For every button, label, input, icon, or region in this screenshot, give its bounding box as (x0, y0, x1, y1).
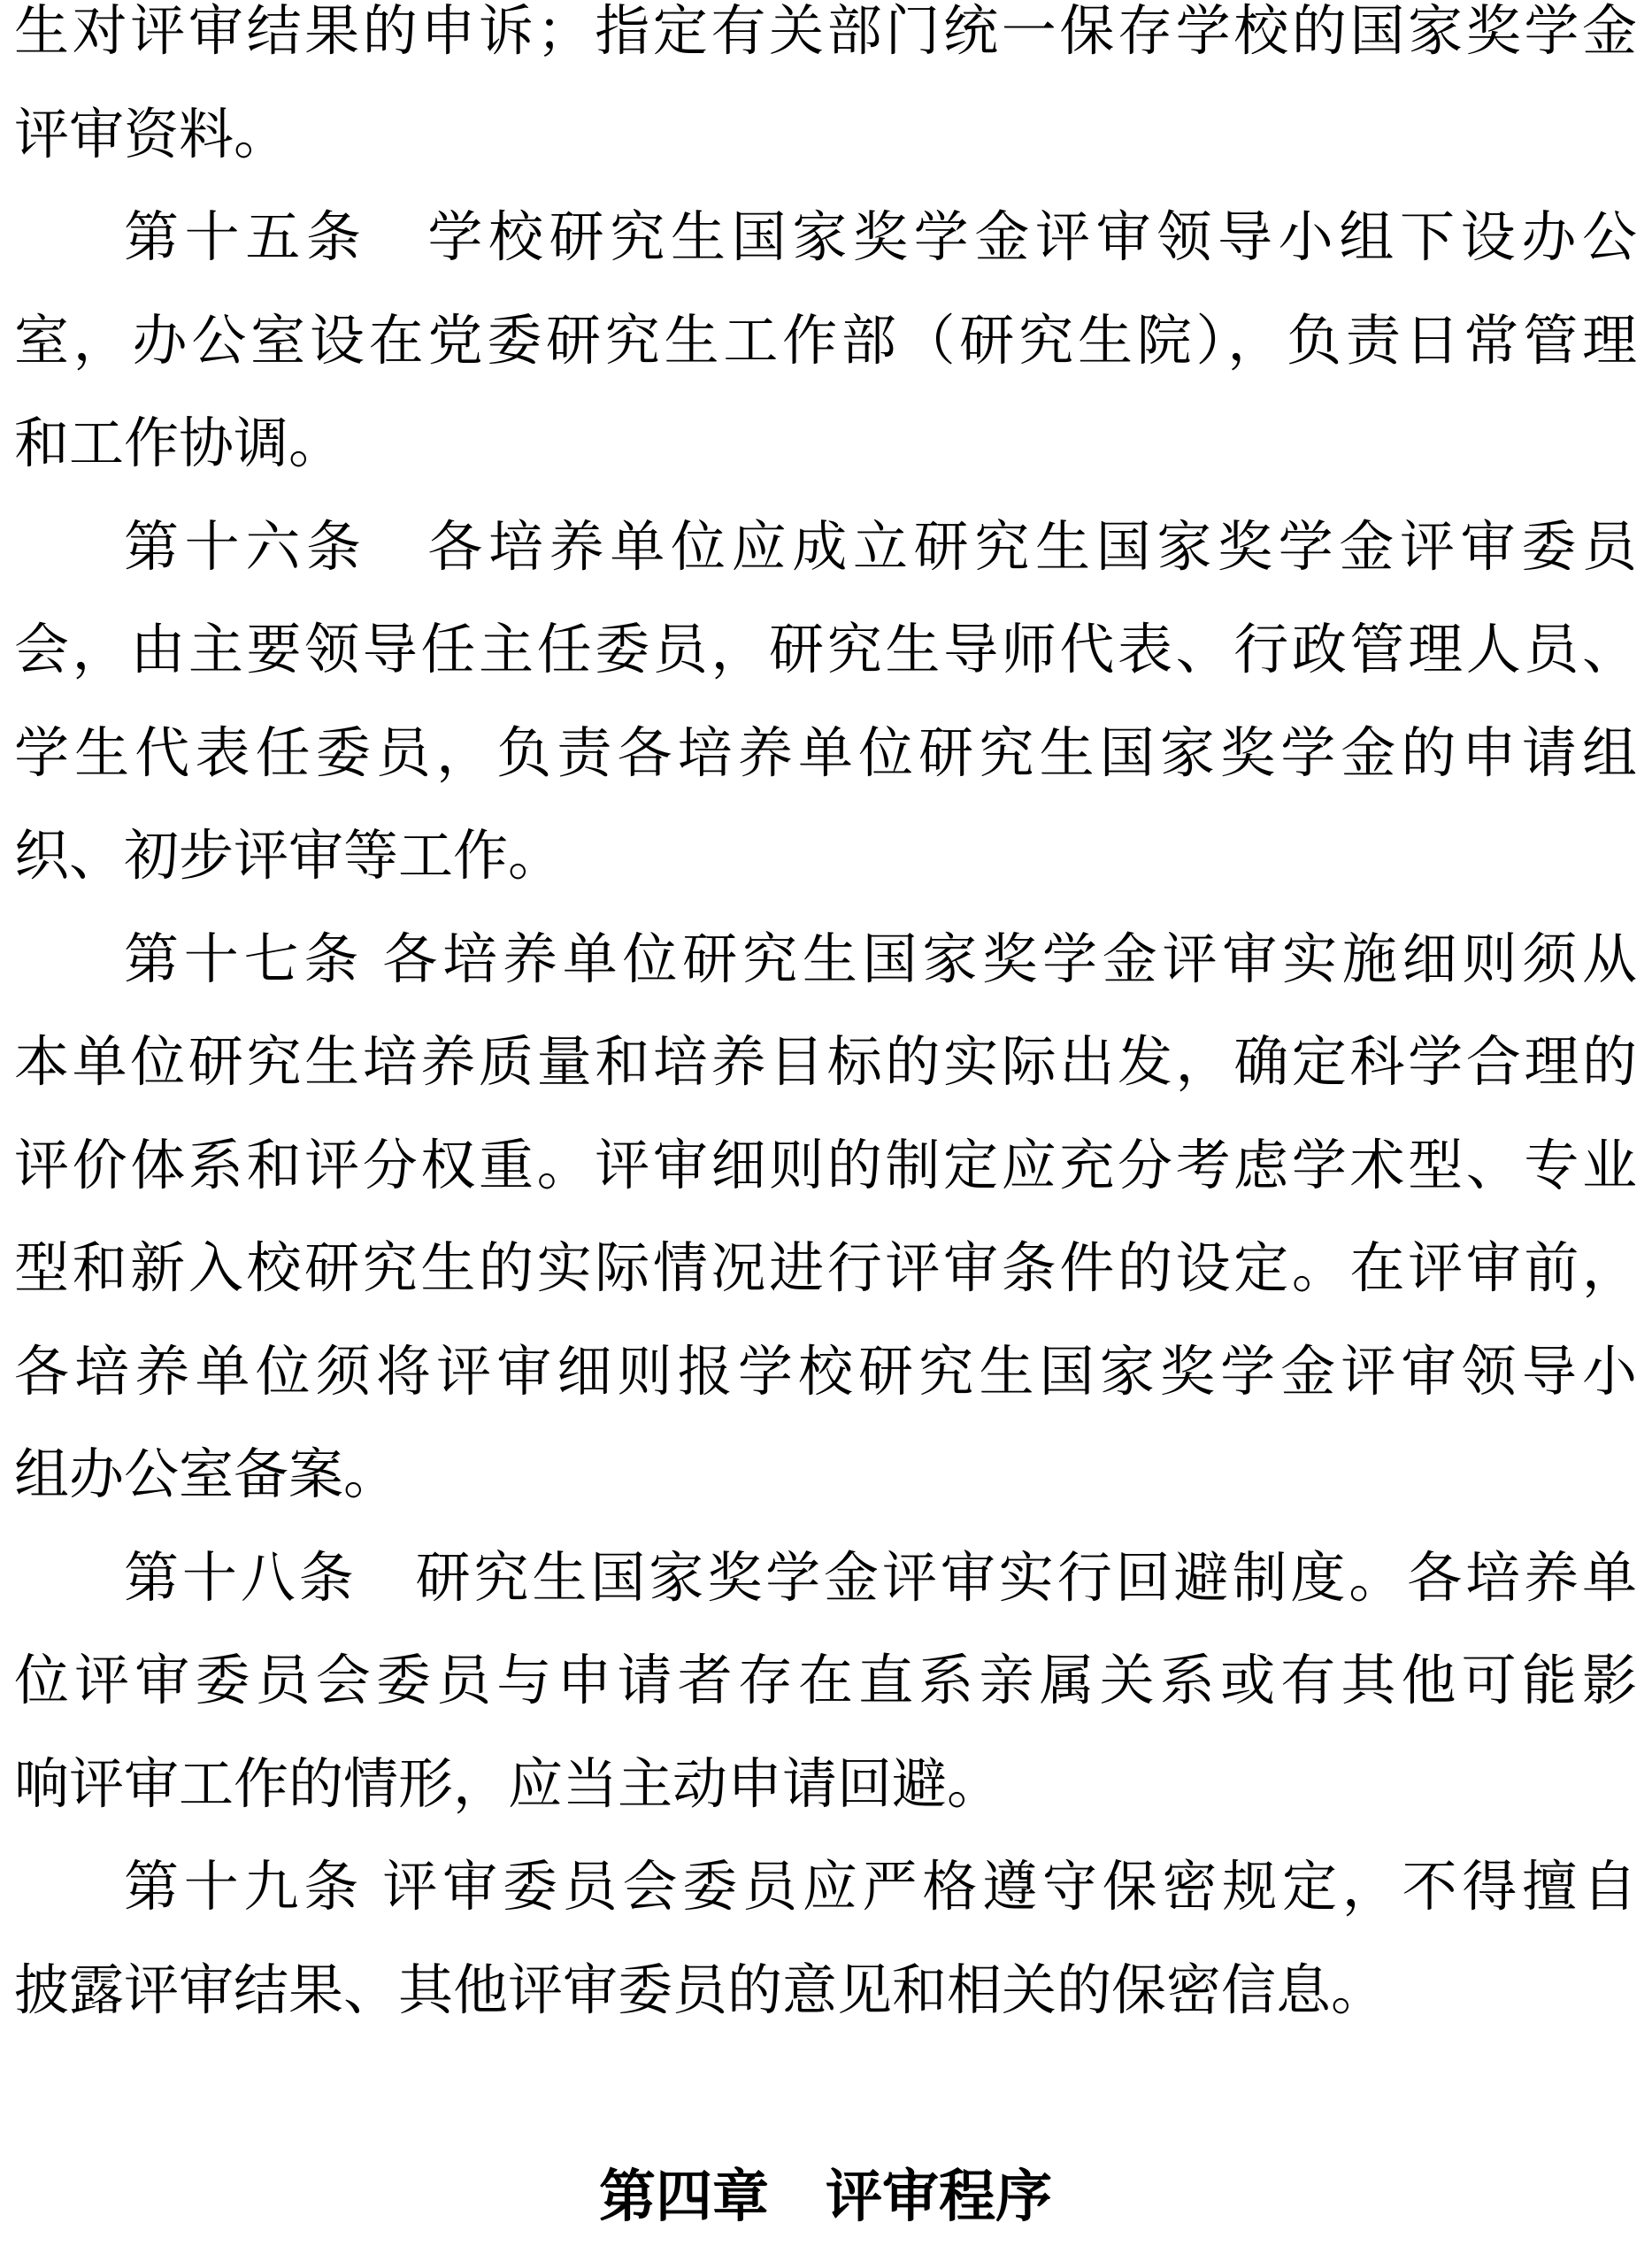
document-line: 响评审工作的情形，应当主动申请回避。 (14, 1734, 1637, 1837)
document-line: 第十六条 各培养单位应成立研究生国家奖学金评审委员 (14, 496, 1637, 600)
document-line: 和工作协调。 (14, 393, 1637, 496)
document-line: 第十五条 学校研究生国家奖学金评审领导小组下设办公 (14, 187, 1637, 290)
document-line: 第十七条 各培养单位研究生国家奖学金评审实施细则须从 (14, 909, 1637, 1012)
document-line: 学生代表任委员，负责各培养单位研究生国家奖学金的申请组 (14, 703, 1637, 806)
document-line: 本单位研究生培养质量和培养目标的实际出发，确定科学合理的 (14, 1011, 1637, 1115)
document-line: 生对评审结果的申诉；指定有关部门统一保存学校的国家奖学金 (14, 0, 1637, 84)
document-line: 位评审委员会委员与申请者存在直系亲属关系或有其他可能影 (14, 1630, 1637, 1734)
document-line: 织、初步评审等工作。 (14, 805, 1637, 909)
document-line: 第十八条 研究生国家奖学金评审实行回避制度。各培养单 (14, 1527, 1637, 1631)
document-line: 室，办公室设在党委研究生工作部（研究生院），负责日常管理 (14, 290, 1637, 394)
document-page: 生对评审结果的申诉；指定有关部门统一保存学校的国家奖学金评审资料。第十五条 学校… (0, 0, 1652, 2246)
document-line: 评审资料。 (14, 84, 1637, 188)
document-line: 型和新入校研究生的实际情况进行评审条件的设定。在评审前， (14, 1218, 1637, 1321)
document-body: 生对评审结果的申诉；指定有关部门统一保存学校的国家奖学金评审资料。第十五条 学校… (14, 0, 1637, 2042)
document-line: 评价体系和评分权重。评审细则的制定应充分考虑学术型、专业 (14, 1115, 1637, 1219)
document-line: 组办公室备案。 (14, 1424, 1637, 1527)
document-line: 第十九条 评审委员会委员应严格遵守保密规定，不得擅自 (14, 1836, 1637, 1940)
document-line: 会，由主要领导任主任委员，研究生导师代表、行政管理人员、 (14, 599, 1637, 703)
document-line: 各培养单位须将评审细则报学校研究生国家奖学金评审领导小 (14, 1321, 1637, 1425)
chapter-heading: 第四章 评审程序 (14, 2146, 1637, 2246)
document-line: 披露评审结果、其他评审委员的意见和相关的保密信息。 (14, 1940, 1637, 2043)
